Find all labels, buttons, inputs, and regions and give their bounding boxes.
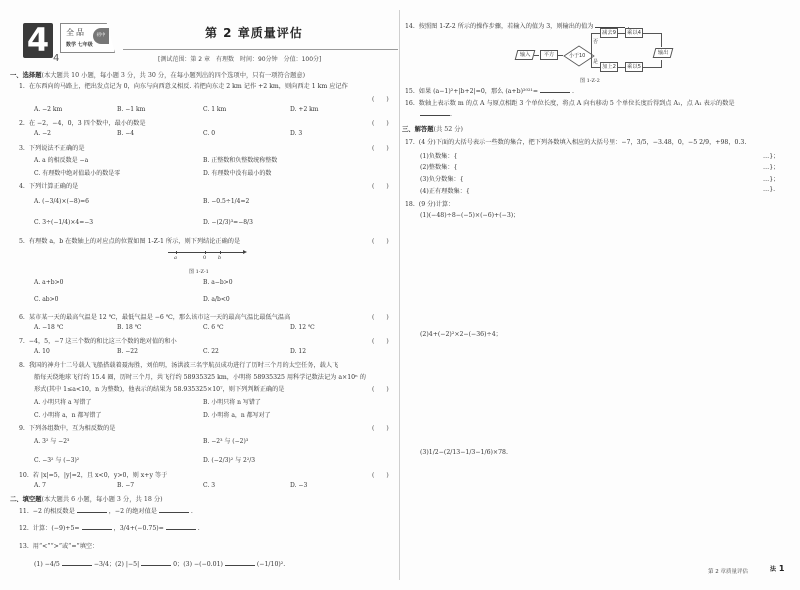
option-c[interactable]: C. 小明将 a，n 都写错了 xyxy=(34,410,101,419)
option-c[interactable]: C. 0 xyxy=(203,130,215,137)
section-note: (本大题共 10 小题，每小题 3 分，共 30 分，在每小题列出的四个选项中，… xyxy=(41,72,305,79)
section-title: 三、解答题 xyxy=(402,126,433,133)
question-number: 11. xyxy=(19,508,29,515)
question-text-line-1: 我国的神舟十二号载人飞船搭载着聂海胜，刘伯明，汤洪波三名宇航员成功进行了历时三个… xyxy=(29,362,338,369)
option-b[interactable]: B. 小明只将 n 写错了 xyxy=(203,397,261,406)
calc-part-1: (1)(−48)÷8−(−5)×(−6)+(−3)； xyxy=(420,210,519,219)
answer-area-1[interactable] xyxy=(420,220,790,325)
answer-area-2[interactable] xyxy=(420,340,790,445)
tick-a xyxy=(176,251,177,254)
question-16: 16. 数轴上表示数 m 的点 A 与原点相距 3 个单位长度，将点 A 向右移… xyxy=(405,98,735,107)
flow-connector xyxy=(534,55,539,56)
set-negative-fraction-end: …}； xyxy=(763,174,779,183)
answer-paren[interactable]: ( ) xyxy=(372,470,389,479)
test-meta: [测试范围：第 2 章 有理数 时间：90分钟 分值：100分] xyxy=(158,54,321,63)
option-a[interactable]: A. −2 xyxy=(34,130,51,137)
question-text: . xyxy=(450,111,452,118)
answer-paren[interactable]: ( ) xyxy=(372,336,389,345)
flow-connector xyxy=(591,33,600,34)
answer-blank[interactable] xyxy=(540,87,570,93)
answer-paren[interactable]: ( ) xyxy=(372,312,389,321)
question-text: . xyxy=(191,508,193,515)
option-a[interactable]: A. (−3/4)×(−8)=6 xyxy=(34,198,89,205)
answer-paren[interactable]: ( ) xyxy=(372,384,389,393)
option-d[interactable]: D. 12 xyxy=(290,348,306,355)
question-text: 某市某一天的最高气温是 12 ℃，最低气温是 −6 ℃，那么该市这一天的最高气温… xyxy=(29,314,290,321)
flow-output: 输出 xyxy=(653,48,674,58)
question-number: 17. xyxy=(405,139,415,146)
question-3: 3. 下列说法不正确的是 xyxy=(19,143,85,152)
flow-yes-label: 是 xyxy=(593,58,598,65)
question-text: (9 分)计算： xyxy=(419,201,454,208)
column-divider xyxy=(399,10,400,580)
option-d[interactable]: D. +2 km xyxy=(290,106,319,113)
option-d[interactable]: D. a/b<0 xyxy=(203,296,230,303)
page-number: 法 1 xyxy=(770,564,784,573)
option-d[interactable]: D. 小明将 a，n 都写对了 xyxy=(203,410,271,419)
exam-page: 4 4 全品 数学 七年级 初中 第 2 章质量评估 [测试范围：第 2 章 有… xyxy=(0,0,800,590)
question-number: 7. xyxy=(19,338,25,345)
question-9: 9. 下列各组数中，互为相反数的是 xyxy=(19,423,115,432)
question-number: 4. xyxy=(19,183,25,190)
answer-blank-3[interactable] xyxy=(225,560,255,566)
flow-connector xyxy=(591,67,600,68)
set-positive-rational-end: …}. xyxy=(763,186,775,193)
option-d[interactable]: D. 有理数中没有最小的数 xyxy=(203,168,271,177)
option-d[interactable]: D. 3 xyxy=(290,130,302,137)
question-8: 8. 我国的神舟十二号载人飞船搭载着聂海胜，刘伯明，汤洪波三名宇航员成功进行了历… xyxy=(19,360,338,369)
option-a[interactable]: A. 3² 与 −2³ xyxy=(34,436,69,445)
footer-label: 第 2 章质量评估 xyxy=(708,567,748,575)
question-number: 15. xyxy=(405,88,415,95)
answer-area-3[interactable] xyxy=(420,462,790,557)
flow-connector xyxy=(643,33,661,34)
question-number: 14. xyxy=(405,23,415,30)
question-6: 6. 某市某一天的最高气温是 12 ℃，最低气温是 −6 ℃，那么该市这一天的最… xyxy=(19,312,290,321)
option-c[interactable]: C. 6 ℃ xyxy=(203,324,224,331)
flow-no-step2: 乘以4 xyxy=(625,28,643,38)
question-11: 11. −2 的相反数是 ，−2 的绝对值是 . xyxy=(19,506,193,515)
page-number-value: 1 xyxy=(779,564,785,573)
flow-connector xyxy=(661,33,662,47)
option-c[interactable]: C. 3÷(−1/4)×4=−3 xyxy=(34,219,93,226)
label-a: a xyxy=(174,255,177,261)
question-text: 按照图 1-Z-2 所示的操作步骤，若输入的值为 3，则输出的值为 xyxy=(419,23,594,30)
answer-paren[interactable]: ( ) xyxy=(372,143,389,152)
question-4: 4. 下列计算正确的是 xyxy=(19,181,78,190)
brand-name: 全品 xyxy=(66,27,86,38)
option-b[interactable]: B. −1 km xyxy=(117,106,145,113)
option-a[interactable]: A. 小明只将 a 写错了 xyxy=(34,397,92,406)
question-14: 14. 按照图 1-Z-2 所示的操作步骤，若输入的值为 3，则输出的值为 . xyxy=(405,21,629,30)
question-text: 有理数 a，b 在数轴上的对应点的位置如图 1-Z-1 所示，则下列结论正确的是 xyxy=(29,238,240,245)
question-text: . xyxy=(198,525,200,532)
option-b[interactable]: B. 18 ℃ xyxy=(117,324,141,331)
answer-blank-2[interactable] xyxy=(141,560,171,566)
question-5: 5. 有理数 a，b 在数轴上的对应点的位置如图 1-Z-1 所示，则下列结论正… xyxy=(19,236,240,245)
option-b[interactable]: B. 正整数和负整数统称整数 xyxy=(203,155,277,164)
option-b[interactable]: B. −4 xyxy=(117,130,134,137)
flow-input: 输入 xyxy=(515,50,536,60)
option-d[interactable]: D. 12 ℃ xyxy=(290,324,315,331)
number-line xyxy=(168,252,245,253)
question-number: 13. xyxy=(19,543,29,550)
flow-square: 平方 xyxy=(540,50,558,60)
section-note: (共 52 分) xyxy=(433,126,463,133)
flow-yes-step1: 加上2 xyxy=(600,62,618,72)
answer-paren[interactable]: ( ) xyxy=(372,423,389,432)
option-d[interactable]: D. −3 xyxy=(290,482,307,489)
calc-part-3: (3)1/2−(2/13−1/3−1/6)×78. xyxy=(420,449,508,456)
question-2: 2. 在 −2，−4，0，3 四个数中，最小的数是 xyxy=(19,118,146,127)
option-d[interactable]: D. (−2/3)² 与 2²/3 xyxy=(203,455,255,464)
question-13: 13. 用“<”“>”或“=”填空： xyxy=(19,541,98,550)
question-text: 若 |x|=5，|y|=2，且 x<0，y>0，则 x+y 等于 xyxy=(33,472,168,479)
answer-paren[interactable]: ( ) xyxy=(372,94,389,103)
question-text: −2 的相反数是 xyxy=(33,508,75,515)
answer-blank-1[interactable] xyxy=(77,507,107,513)
unit-number-small: 4 xyxy=(53,53,59,64)
question-number: 1. xyxy=(19,83,25,90)
subpart-1: (1) −4/5 xyxy=(34,561,60,568)
question-text: 在 −2，−4，0，3 四个数中，最小的数是 xyxy=(29,120,146,127)
option-a[interactable]: A. −18 ℃ xyxy=(34,324,63,331)
set-positive-rational-label[interactable]: (4)正有理数集：{ xyxy=(420,186,470,195)
page-title: 第 2 章质量评估 xyxy=(205,24,303,41)
question-text: ，−2 的绝对值是 xyxy=(109,508,157,515)
question-text: −4，5，−7 这三个数的和比这三个数的绝对值的和小 xyxy=(29,338,177,345)
answer-blank-2[interactable] xyxy=(159,507,189,513)
question-number: 3. xyxy=(19,145,25,152)
question-1: 1. 在东西向的马路上，把出发点记为 0，向东与向西意义相反. 若把向东走 2 … xyxy=(19,81,348,90)
subpart-3: 0；(3) −(−0.01) xyxy=(173,561,223,568)
answer-paren[interactable]: ( ) xyxy=(372,181,389,190)
question-15: 15. 如果 (a−1)²+|b+2|=0，那么 (a+b)²⁰²¹= . xyxy=(405,86,574,95)
question-text: 下列各组数中，互为相反数的是 xyxy=(29,425,116,432)
question-text: 计算：(−9)+5= xyxy=(33,525,80,532)
question-number: 16. xyxy=(405,100,415,107)
question-text: 用“<”“>”或“=”填空： xyxy=(33,543,98,550)
option-c[interactable]: C. 1 km xyxy=(203,106,226,113)
flow-connector xyxy=(618,67,625,68)
question-text: 下列说法不正确的是 xyxy=(29,145,85,152)
question-text: 数轴上表示数 m 的点 A 与原点相距 3 个单位长度，将点 A 向右移动 5 … xyxy=(419,100,735,107)
option-b[interactable]: B. −0.5÷1/4=2 xyxy=(203,198,249,205)
option-a[interactable]: A. 7 xyxy=(34,482,46,489)
question-text: 如果 (a−1)²+|b+2|=0，那么 (a+b)²⁰²¹= xyxy=(419,88,538,95)
option-c[interactable]: C. 22 xyxy=(203,348,219,355)
flow-condition-label: 小于10 xyxy=(569,52,585,59)
option-b[interactable]: B. −7 xyxy=(117,482,134,489)
question-17: 17. (4 分)下面的大括号表示一些数的集合，把下列各数填入相应的大括号里：−… xyxy=(405,137,746,146)
footer-mark: 法 xyxy=(770,566,776,573)
answer-blank-2[interactable] xyxy=(166,524,196,530)
set-integer-end: …}； xyxy=(763,162,779,171)
option-a[interactable]: A. a+b>0 xyxy=(34,279,63,286)
option-c[interactable]: C. ab>0 xyxy=(34,296,58,303)
subpart-2: −3/4；(2) |−5| xyxy=(94,561,139,568)
question-13-subparts: (1) −4/5 −3/4；(2) |−5| 0；(3) −(−0.01) (−… xyxy=(34,559,285,568)
option-b[interactable]: B. −2³ 与 (−2)³ xyxy=(203,436,248,445)
flow-connector xyxy=(591,33,592,56)
answer-blank-1[interactable] xyxy=(62,560,92,566)
flowchart-caption: 图 1-Z-2 xyxy=(580,77,600,84)
question-text: 在东西向的马路上，把出发点记为 0，向东与向西意义相反. 若把向东走 2 km … xyxy=(29,83,348,90)
question-number: 10. xyxy=(19,472,29,479)
question-number: 2. xyxy=(19,120,25,127)
option-c[interactable]: C. 3 xyxy=(203,482,215,489)
flow-no-step1: 减去9 xyxy=(600,28,618,38)
title-rule xyxy=(123,49,398,50)
question-12: 12. 计算：(−9)+5= ，3/4+(−0.75)= . xyxy=(19,523,200,532)
question-7: 7. −4，5，−7 这三个数的和比这三个数的绝对值的和小 xyxy=(19,336,177,345)
question-text: . xyxy=(572,88,574,95)
question-number: 6. xyxy=(19,314,25,321)
tick-b xyxy=(220,251,221,254)
calc-part-2: (2)4+(−2)²×2−(−36)÷4； xyxy=(420,329,502,338)
question-number: 18. xyxy=(405,201,415,208)
arrow-right-icon xyxy=(243,250,247,254)
set-integer-label[interactable]: (2)整数集：{ xyxy=(420,162,457,171)
tick-zero xyxy=(205,251,206,254)
answer-blank[interactable] xyxy=(420,110,450,116)
question-text: ，3/4+(−0.75)= xyxy=(114,525,164,532)
question-number: 5. xyxy=(19,238,25,245)
answer-paren[interactable]: ( ) xyxy=(372,236,389,245)
section-title: 一、选择题 xyxy=(10,72,41,79)
option-c[interactable]: C. 有理数中绝对值最小的数是零 xyxy=(34,168,120,177)
answer-paren[interactable]: ( ) xyxy=(372,118,389,127)
question-16-blank-line: . xyxy=(420,110,452,118)
flow-connector xyxy=(618,33,625,34)
brand-badge-icon: 初中 xyxy=(93,28,109,44)
subpart-4: (−1/10)². xyxy=(257,561,285,568)
set-negative-label[interactable]: (1)负数集：{ xyxy=(420,151,457,160)
section-title: 二、填空题 xyxy=(10,496,41,503)
question-18: 18. (9 分)计算： xyxy=(405,199,454,208)
set-negative-end: …}； xyxy=(763,151,779,160)
question-10: 10. 若 |x|=5，|y|=2，且 x<0，y>0，则 x+y 等于 xyxy=(19,470,167,479)
section-heading-choice: 一、选择题(本大题共 10 小题，每小题 3 分，共 30 分，在每小题列出的四… xyxy=(10,70,305,79)
flow-yes-step2: 乘以5 xyxy=(625,62,643,72)
question-text: (4 分)下面的大括号表示一些数的集合，把下列各数填入相应的大括号里：−7，3/… xyxy=(419,139,747,146)
question-text: 下列计算正确的是 xyxy=(29,183,79,190)
section-heading-fill: 二、填空题(本大题共 6 小题，每小题 3 分，共 18 分) xyxy=(10,494,163,503)
option-b[interactable]: B. −22 xyxy=(117,348,138,355)
flow-connector xyxy=(661,60,662,68)
flow-no-label: 否 xyxy=(593,38,598,45)
question-number: 8. xyxy=(19,362,25,369)
set-negative-fraction-label[interactable]: (3)负分数集：{ xyxy=(420,174,464,183)
unit-number-badge: 4 xyxy=(23,23,53,58)
option-a[interactable]: A. a 的相反数是 −a xyxy=(34,155,88,164)
question-text-line-3: 形式(其中 1≤a<10，n 为整数)，他表示的结果为 58.935325×10… xyxy=(34,384,284,393)
section-note: (本大题共 6 小题，每小题 3 分，共 18 分) xyxy=(41,496,162,503)
option-a[interactable]: A. 10 xyxy=(34,348,50,355)
section-heading-solve: 三、解答题(共 52 分) xyxy=(402,124,463,133)
option-b[interactable]: B. a−b>0 xyxy=(203,279,233,286)
option-d[interactable]: D. −(2/3)³=−8/3 xyxy=(203,219,253,226)
option-a[interactable]: A. −2 km xyxy=(34,106,62,113)
answer-blank-1[interactable] xyxy=(82,524,112,530)
option-c[interactable]: C. −3² 与 (−3)² xyxy=(34,455,79,464)
flow-connector xyxy=(643,67,661,68)
label-b: b xyxy=(218,255,221,261)
question-text-line-2: 船每天绕地球飞行约 15.4 圈，历时三个月，共飞行约 58935325 km，… xyxy=(34,372,366,381)
brand-subtitle: 数学 七年级 xyxy=(66,41,93,48)
label-zero: 0 xyxy=(203,255,206,261)
question-number: 12. xyxy=(19,525,29,532)
figure-caption: 图 1-Z-1 xyxy=(189,268,209,275)
question-number: 9. xyxy=(19,425,25,432)
